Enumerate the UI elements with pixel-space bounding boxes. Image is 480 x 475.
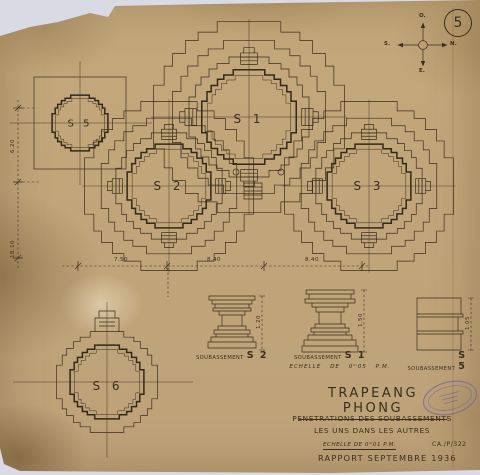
compass-label-west: O. [419,13,426,19]
dimension-lines [13,100,368,297]
profile-height-s1: 1.50 [358,313,364,327]
compass-label-north: N. [450,41,457,47]
dim-bottom-2: 8.40 [207,257,221,263]
profile-s1-drawing [302,290,358,352]
dim-left-1: 6.20 [10,139,16,153]
profile-caption-s1-text: SOUBASSEMENT [294,355,342,361]
profile-caption-s1-code: S 1 [345,350,366,361]
drawing-reference: CA./P/322 [432,441,467,448]
compass-rose [398,23,448,67]
profile-caption-s5-code: S 5 [458,350,466,372]
dim-bottom-1: 7.50 [114,257,128,263]
drawing-subtitle-2: LES UNS DANS LES AUTRES [272,426,472,435]
profiles-scale-note: ECHELLE DE 0ᵐ05 P.M. [230,364,450,370]
tower-label-s3: S 3 [353,179,384,193]
tower-label-s5: S 5 [68,119,93,130]
tower-label-s1: S 1 [233,112,264,126]
profile-caption-s1: SOUBASSEMENT S 1 [294,350,366,361]
profile-height-s5: 1.05 [465,316,471,330]
profile-dimension-lines [259,290,474,352]
drawing-subtitle-1: PENETRATIONS DES SOUBASSEMENTS [272,414,472,423]
profile-s5-drawing [417,298,463,350]
drawing-report-date: RAPPORT SEPTEMBRE 1936 [318,453,457,463]
compass-label-south: S. [384,41,390,47]
tower-label-s6: S 6 [92,379,123,393]
profile-caption-s2-text: SOUBASSEMENT [196,355,244,361]
drawing-sheet: 5 O. E. S. N. S 1 S 2 S 3 S 5 S 6 7.50 8… [0,0,480,475]
profile-s2-drawing [208,296,256,348]
profile-caption-s2-code: S 2 [247,350,268,361]
tower-label-s2: S 2 [153,179,184,193]
drawing-scale-note: ECHELLE DE 0ᵐ01 P.M. [323,442,396,450]
dim-bottom-3: 8.40 [305,257,319,263]
profile-caption-s2: SOUBASSEMENT S 2 [196,350,268,361]
profile-height-s2: 1.20 [256,315,262,329]
compass-label-east: E. [419,68,425,74]
dim-left-2: 18.10 [10,240,16,258]
sheet-number-badge: 5 [444,9,472,37]
